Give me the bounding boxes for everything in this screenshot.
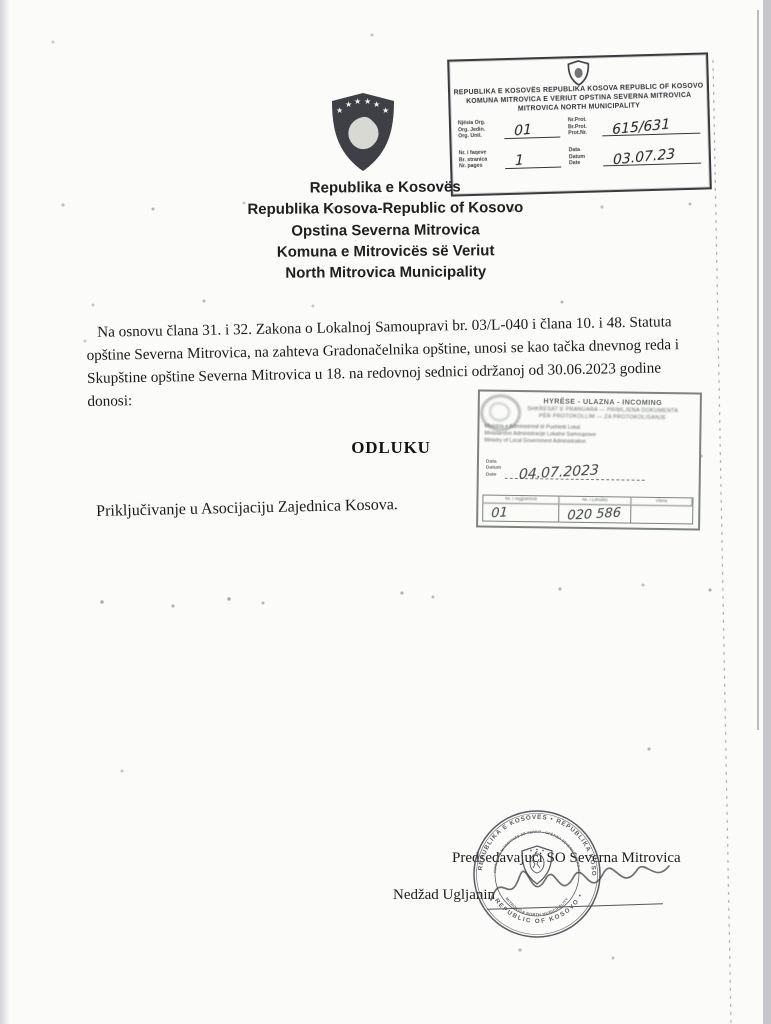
- scan-right-edge-band: [763, 0, 771, 1024]
- scan-vertical-line: [757, 10, 759, 730]
- date-value-line: 03.07.23: [603, 143, 702, 167]
- incoming-table-handwritten-1: 01: [491, 505, 508, 521]
- municipality-header: Republika e Kosovës Republika Kosova-Rep…: [0, 174, 771, 286]
- incoming-ministry-stamp: HYRËSE - ULAZNA - INCOMING SHKRESAT E PR…: [476, 389, 702, 530]
- org-unit-labels: Njësia Org. Org. Jedin. Org. Unit.: [458, 119, 505, 141]
- date-label-en: Date: [569, 160, 603, 168]
- org-unit-label-en: Org. Unit.: [458, 132, 504, 140]
- incoming-date-label-sr: Datum: [486, 466, 501, 473]
- incoming-table-cell-3: [631, 506, 692, 524]
- incoming-table-cell-1: 01: [483, 504, 559, 522]
- incoming-table-handwritten-2: 020 586: [567, 506, 621, 524]
- prot-no-handwritten-value: 615/631: [612, 116, 670, 138]
- handwritten-signature: [483, 842, 683, 914]
- pages-labels: Nr. i faqeve Br. stranica Nr. pages: [459, 149, 506, 171]
- svg-text:★: ★: [382, 106, 389, 115]
- decision-statement: Priključivanje u Asocijaciju Zajednica K…: [96, 496, 398, 521]
- prot-no-value-line: 615/631: [602, 113, 701, 137]
- prot-no-labels: Nr.Prot. Br.Prot. Prot.Nr.: [568, 116, 603, 137]
- protocol-stamp-row-1: Njësia Org. Org. Jedin. Org. Unit. 01 Nr…: [458, 113, 700, 141]
- pages-handwritten-value: 1: [515, 152, 524, 169]
- svg-text:★: ★: [364, 97, 371, 106]
- svg-text:★: ★: [354, 97, 361, 106]
- scanned-document-page: ★★★ ★★★ REPUBLIKA E KOSOVËS REPUBLIKA KO…: [0, 0, 771, 1024]
- ministry-name-block: Ministria e Administrimit të Pushtetit L…: [484, 424, 694, 447]
- incoming-date-handwritten-value: 04.07.2023: [519, 462, 600, 483]
- incoming-date-label-en: Date: [486, 472, 501, 479]
- scan-noise-speckles: [0, 0, 2, 2]
- org-unit-value-line: 01: [504, 117, 561, 140]
- org-unit-handwritten-value: 01: [514, 122, 532, 140]
- protocol-stamp-fields: Njësia Org. Org. Jedin. Org. Unit. 01 Nr…: [458, 113, 702, 180]
- incoming-table-cell-2: 020 586: [559, 505, 631, 523]
- incoming-stamp-blurred-line-2: PËR PROTOKOLLIM — ZA PROTOKOLISANJE: [510, 413, 696, 422]
- header-line-municipality-en: North Mitrovica Municipality: [0, 259, 771, 286]
- svg-text:★: ★: [345, 100, 352, 109]
- date-handwritten-value: 03.07.23: [613, 146, 675, 168]
- date-labels: Data Datum Date: [569, 146, 604, 167]
- incoming-date-labels: Data Datum Date: [486, 460, 501, 479]
- pages-label-en: Nr. pages: [459, 162, 505, 170]
- svg-text:★: ★: [373, 100, 380, 109]
- incoming-stamp-date-row: Data Datum Date 04.07.2023: [486, 460, 645, 481]
- protocol-stamp-row-2: Nr. i faqeve Br. stranica Nr. pages 1 Da…: [459, 143, 701, 171]
- protocol-stamp-shield-icon: [566, 60, 591, 87]
- incoming-stamp-table: Nr. i regjistrimit Nr. i Lëndës Vlera 01…: [482, 495, 693, 525]
- prot-no-label-en: Prot.Nr.: [568, 130, 602, 138]
- scan-left-edge-band: [0, 0, 9, 1024]
- kosovo-coat-of-arms: ★★★ ★★★: [328, 91, 398, 175]
- pages-value-line: 1: [505, 147, 562, 170]
- incoming-date-value-line: 04.07.2023: [505, 460, 645, 481]
- svg-text:★: ★: [336, 106, 343, 115]
